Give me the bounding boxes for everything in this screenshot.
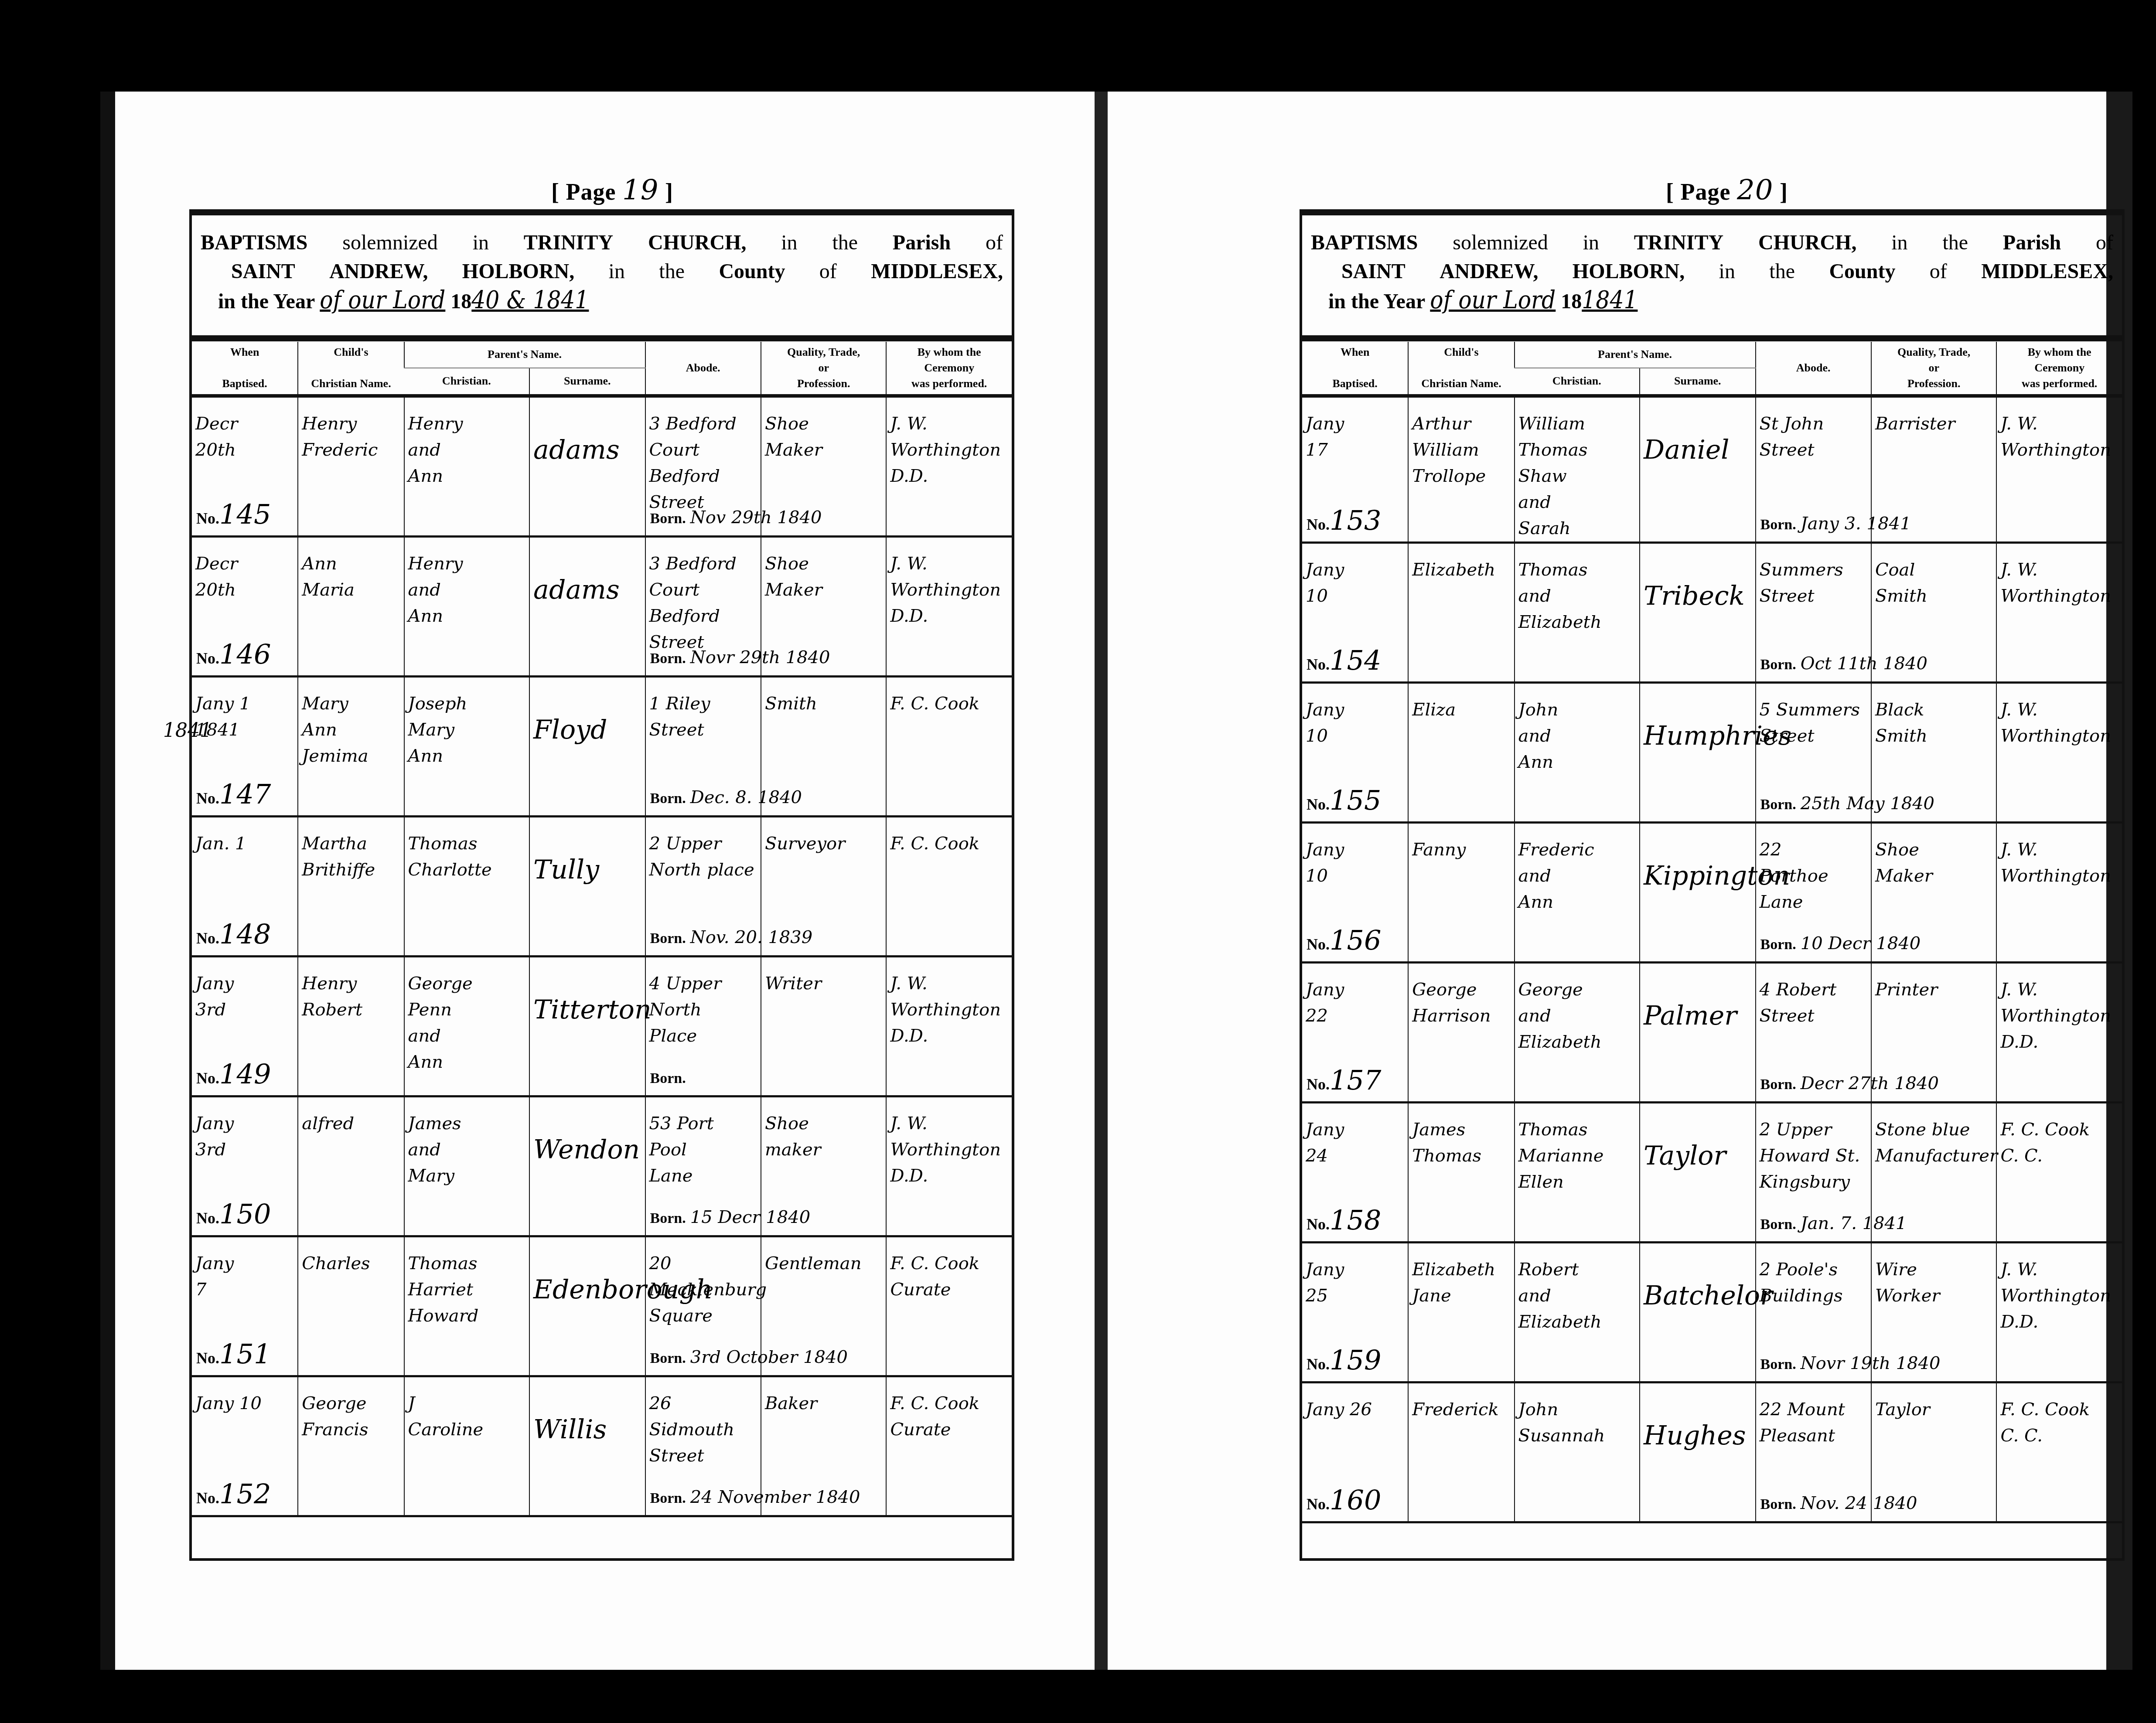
cell-when-baptised: Decr 20thNo.145 <box>192 396 298 537</box>
heading-word: the <box>659 257 685 286</box>
cell-by-whom: J. W. Worthington <box>1996 396 2122 543</box>
cell-abode-text: 1 Riley Street <box>646 678 761 743</box>
cell-quality: Black Smith <box>1871 683 1997 823</box>
cell-parent-surname-text: Humphries <box>1640 684 1755 749</box>
left-page: [ Page 19 ] 1841 BAPTISMSsolemnizedinTRI… <box>100 92 1109 1670</box>
year-print-prefix: 18 <box>1561 290 1582 313</box>
cell-child-name-text: Henry Robert <box>298 957 403 1023</box>
cell-quality: Shoe Maker <box>1871 823 1997 963</box>
entry-number: No.147 <box>196 778 271 810</box>
entry-number: No.150 <box>196 1198 271 1230</box>
cell-abode: 2 Upper North placeBorn.Nov. 20. 1839 <box>645 817 761 957</box>
cell-child-name: Ann Maria <box>298 537 404 677</box>
cell-parent-christian-text: James and Mary <box>405 1097 529 1189</box>
register-entry-row: Jany 22No.157George HarrisonGeorge and E… <box>1302 963 2122 1103</box>
cell-abode-text: 22 Porthoe Lane <box>1756 824 1871 915</box>
col-when-baptised: WhenBaptised. <box>192 342 298 396</box>
cell-child-name-text: George Francis <box>298 1377 403 1443</box>
column-headers: WhenBaptised. Child'sChristian Name. Par… <box>192 342 1012 396</box>
cell-abode-text: 2 Upper North place <box>646 817 761 883</box>
heading-word: HOLBORN, <box>1573 257 1685 286</box>
cell-child-name-text: Henry Frederic <box>298 398 403 463</box>
cell-quality-text: Baker <box>761 1377 886 1417</box>
cell-by-whom-text: F. C. Cook <box>887 817 1012 857</box>
cell-child-name: Henry Robert <box>298 957 404 1096</box>
cell-parent-christian-text: Thomas and Elizabeth <box>1515 544 1640 635</box>
heading-word: County <box>719 257 785 286</box>
entry-number: No.149 <box>196 1058 271 1090</box>
page-label: [ Page <box>551 179 616 205</box>
cell-by-whom: J. W. Worthington <box>1996 683 2122 823</box>
heading-word: solemnized <box>1453 228 1548 257</box>
cell-quality-text: Shoe Maker <box>761 398 886 463</box>
cell-parent-surname-text: Titterton <box>530 957 645 1023</box>
cell-by-whom: F. C. Cook <box>886 677 1012 817</box>
cell-when-baptised-text: Jany 10 <box>1302 544 1408 609</box>
cell-child-name-text: Charles <box>298 1237 403 1277</box>
cell-by-whom: J. W. Worthington D.D. <box>886 396 1012 537</box>
cell-abode: 3 Bedford Court Bedford StreetBorn.Nov 2… <box>645 396 761 537</box>
cell-quality-text: Shoe Maker <box>761 538 886 603</box>
entry-number: No.152 <box>196 1478 271 1510</box>
cell-abode-text: 53 Port Pool Lane <box>646 1097 761 1189</box>
cell-quality: Stone blue Manufacturer <box>1871 1103 1997 1243</box>
heading-line-3: in the Year of our Lord 181841 <box>1311 286 2113 316</box>
heading-word: CHURCH, <box>648 228 746 257</box>
cell-child-name: Henry Frederic <box>298 396 404 537</box>
cell-child-name-text: Arthur William Trollope <box>1409 398 1514 489</box>
entry-number: No.157 <box>1307 1064 1381 1096</box>
heading-line-3: in the Year of our Lord 1840 & 1841 <box>201 286 1003 316</box>
cell-abode-text: 4 Robert Street <box>1756 964 1871 1029</box>
cell-child-name-text: Frederick <box>1409 1383 1514 1423</box>
heading-word: ANDREW, <box>1440 257 1538 286</box>
cell-abode-text: 22 Mount Pleasant <box>1756 1383 1871 1449</box>
cell-quality: Smith <box>761 677 887 817</box>
col-quality: Quality, Trade,orProfession. <box>761 342 887 396</box>
cell-parent-christian-text: John and Ann <box>1515 684 1640 775</box>
cell-parent-christian: Thomas and Elizabeth <box>1515 543 1640 683</box>
register-heading: BAPTISMSsolemnizedinTRINITYCHURCH,intheP… <box>201 228 1003 316</box>
cell-child-name: Fanny <box>1408 823 1514 963</box>
cell-parent-surname: Humphries <box>1640 683 1755 823</box>
cell-quality-text: Gentleman <box>761 1237 886 1277</box>
cell-parent-christian-text: John Susannah <box>1515 1383 1640 1449</box>
cell-quality: Coal Smith <box>1871 543 1997 683</box>
cell-quality-text: Writer <box>761 957 886 997</box>
cell-child-name: Elizabeth Jane <box>1408 1243 1514 1382</box>
cell-when-baptised-text: Jany 7 <box>192 1237 297 1303</box>
cell-child-name-text: James Thomas <box>1409 1103 1514 1169</box>
cell-abode-text: 2 Poole's Buildings <box>1756 1243 1871 1309</box>
cell-parent-christian: Henry and Ann <box>404 396 530 537</box>
register-entry-row: Jan. 1No.148Martha BrithiffeThomas Charl… <box>192 817 1012 957</box>
register-entry-row: Jany 10No.155ElizaJohn and AnnHumphries5… <box>1302 683 2122 823</box>
cell-parent-surname: Hughes <box>1640 1382 1755 1522</box>
cell-quality-text: Coal Smith <box>1872 544 1996 609</box>
cell-abode-text: 2 Upper Howard St. Kingsbury <box>1756 1103 1871 1195</box>
birth-date: Born. <box>650 1067 690 1087</box>
heading-word: the <box>1769 257 1795 286</box>
heading-word: Parish <box>893 228 951 257</box>
cell-parent-surname-text: Daniel <box>1640 398 1755 463</box>
cell-parent-surname-text: Willis <box>530 1377 645 1443</box>
cell-by-whom: J. W. Worthington <box>1996 543 2122 683</box>
register-entry-row: Jany 24No.158James ThomasThomas Marianne… <box>1302 1103 2122 1243</box>
entry-number: No.146 <box>196 638 271 670</box>
heading-word: CHURCH, <box>1758 228 1856 257</box>
cell-parent-surname: Wendon <box>529 1096 645 1236</box>
cell-when-baptised-text: Jany 3rd <box>192 957 297 1023</box>
cell-abode-text: 3 Bedford Court Bedford Street <box>646 538 761 655</box>
cell-parent-surname: adams <box>529 396 645 537</box>
cell-parent-surname: adams <box>529 537 645 677</box>
cell-parent-surname-text: adams <box>530 398 645 463</box>
cell-by-whom: F. C. Cook C. C. <box>1996 1103 2122 1243</box>
cell-parent-surname-text: Tully <box>530 817 645 883</box>
cell-when-baptised: Jan. 1No.148 <box>192 817 298 957</box>
cell-parent-surname: Edenborough <box>529 1236 645 1376</box>
page-bracket: ] <box>1780 179 1788 205</box>
cell-parent-surname: Daniel <box>1640 396 1755 543</box>
cell-parent-surname-text: adams <box>530 538 645 603</box>
cell-when-baptised: Jany 10No.152 <box>192 1376 298 1516</box>
register-heading: BAPTISMSsolemnizedinTRINITYCHURCH,intheP… <box>1311 228 2113 316</box>
year-prefix: in the Year <box>1328 290 1425 313</box>
register-entry-row: Jany 1 1841No.147Mary Ann JemimaJoseph M… <box>192 677 1012 817</box>
register-book: [ Page 19 ] 1841 BAPTISMSsolemnizedinTRI… <box>100 92 2106 1670</box>
cell-abode-text: 20 Mecklenburg Square <box>646 1237 761 1329</box>
entry-number: No.153 <box>1307 504 1381 536</box>
heading-rule <box>1302 335 2122 341</box>
heading-line-1: BAPTISMSsolemnizedinTRINITYCHURCH,intheP… <box>1311 228 2113 257</box>
cell-by-whom-text: F. C. Cook <box>887 678 1012 717</box>
cell-abode: 4 Upper North PlaceBorn. <box>645 957 761 1096</box>
col-parent-christian: Christian. <box>404 368 530 396</box>
cell-quality: Taylor <box>1871 1382 1997 1522</box>
cell-by-whom: J. W. Worthington D.D. <box>886 957 1012 1096</box>
cell-child-name-text: Elizabeth Jane <box>1409 1243 1514 1309</box>
cell-by-whom-text: J. W. Worthington D.D. <box>887 538 1012 629</box>
cell-parent-surname-text: Floyd <box>530 678 645 743</box>
page-number-right: [ Page 20 ] <box>1666 174 1788 207</box>
heading-word: ANDREW, <box>329 257 428 286</box>
cell-child-name: Frederick <box>1408 1382 1514 1522</box>
register-table-left: WhenBaptised. Child'sChristian Name. Par… <box>192 342 1012 1517</box>
heading-word: MIDDLESEX, <box>871 257 1003 286</box>
heading-word: the <box>1942 228 1968 257</box>
cell-quality: Surveyor <box>761 817 887 957</box>
register-frame-right: BAPTISMSsolemnizedinTRINITYCHURCH,intheP… <box>1300 209 2125 1561</box>
col-parents-name: Parent's Name. <box>404 342 645 368</box>
cell-by-whom-text: J. W. Worthington D.D. <box>1997 1243 2122 1335</box>
cell-child-name: George Francis <box>298 1376 404 1516</box>
cell-by-whom-text: J. W. Worthington D.D. <box>887 1097 1012 1189</box>
cell-when-baptised: Jany 17No.153 <box>1302 396 1408 543</box>
cell-by-whom: J. W. Worthington <box>1996 823 2122 963</box>
register-entry-row: Jany 17No.153Arthur William TrollopeWill… <box>1302 396 2122 543</box>
col-child-name: Child'sChristian Name. <box>1408 342 1514 396</box>
cell-parent-christian: John and Ann <box>1515 683 1640 823</box>
heading-word: in <box>781 228 797 257</box>
cell-quality-text: Shoe Maker <box>1872 824 1996 889</box>
cell-when-baptised-text: Jany 10 <box>1302 684 1408 749</box>
book-gutter <box>1095 92 1108 1670</box>
entry-number: No.156 <box>1307 924 1381 956</box>
cell-quality: Printer <box>1871 963 1997 1103</box>
register-entry-row: Jany 3rdNo.149Henry RobertGeorge Penn an… <box>192 957 1012 1096</box>
cell-abode-text: 4 Upper North Place <box>646 957 761 1049</box>
cell-parent-surname-text: Batchelor <box>1640 1243 1755 1309</box>
cell-abode: 20 Mecklenburg SquareBorn.3rd October 18… <box>645 1236 761 1376</box>
cell-when-baptised-text: Jan. 1 <box>192 817 297 857</box>
cell-parent-surname-text: Wendon <box>530 1097 645 1163</box>
col-parents-name: Parent's Name. <box>1515 342 1756 368</box>
heading-word: of <box>819 257 837 286</box>
cell-when-baptised: Jany 10No.155 <box>1302 683 1408 823</box>
register-entry-row: Jany 10No.154ElizabethThomas and Elizabe… <box>1302 543 2122 683</box>
col-parent-christian: Christian. <box>1515 368 1640 396</box>
cell-abode: 3 Bedford Court Bedford StreetBorn.Novr … <box>645 537 761 677</box>
cell-parent-surname-text: Hughes <box>1640 1383 1755 1449</box>
cell-by-whom-text: J. W. Worthington <box>1997 398 2122 463</box>
cell-parent-christian-text: Robert and Elizabeth <box>1515 1243 1640 1335</box>
register-entry-row: Jany 25No.159Elizabeth JaneRobert and El… <box>1302 1243 2122 1382</box>
cell-when-baptised-text: Decr 20th <box>192 398 297 463</box>
heading-word: of <box>986 228 1003 257</box>
cell-when-baptised: Jany 7No.151 <box>192 1236 298 1376</box>
cell-quality: Shoe Maker <box>761 537 887 677</box>
cell-quality-text: Wire Worker <box>1872 1243 1996 1309</box>
entry-number: No.159 <box>1307 1344 1381 1376</box>
cell-parent-surname: Titterton <box>529 957 645 1096</box>
cell-abode: Summers StreetBorn.Oct 11th 1840 <box>1756 543 1871 683</box>
cell-when-baptised-text: Jany 22 <box>1302 964 1408 1029</box>
cell-parent-christian-text: William Thomas Shaw and Sarah <box>1515 398 1640 541</box>
heading-word: solemnized <box>342 228 438 257</box>
cell-by-whom: F. C. Cook C. C. <box>1996 1382 2122 1522</box>
cell-when-baptised: Jany 3rdNo.149 <box>192 957 298 1096</box>
page-bracket: ] <box>665 179 673 205</box>
cell-child-name-text: Elizabeth <box>1409 544 1514 583</box>
register-rows-right: Jany 17No.153Arthur William TrollopeWill… <box>1302 396 2122 1522</box>
cell-quality: Gentleman <box>761 1236 887 1376</box>
cell-by-whom: J. W. Worthington D.D. <box>1996 963 2122 1103</box>
cell-quality-text: Barrister <box>1872 398 1996 437</box>
cell-parent-christian: John Susannah <box>1515 1382 1640 1522</box>
entry-number: No.154 <box>1307 644 1381 676</box>
cell-quality-text: Surveyor <box>761 817 886 857</box>
cell-by-whom: J. W. Worthington D.D. <box>886 1096 1012 1236</box>
heading-word: MIDDLESEX, <box>1981 257 2113 286</box>
cell-child-name-text: Fanny <box>1409 824 1514 863</box>
register-rows-left: Decr 20thNo.145Henry FredericHenry and A… <box>192 396 1012 1516</box>
cell-abode: 5 Summers StreetBorn.25th May 1840 <box>1756 683 1871 823</box>
cell-abode-text: 5 Summers Street <box>1756 684 1871 749</box>
col-by-whom: By whom theCeremonywas performed. <box>886 342 1012 396</box>
cell-when-baptised-text: Jany 10 <box>1302 824 1408 889</box>
cell-quality: Barrister <box>1871 396 1997 543</box>
heading-word: in <box>1891 228 1907 257</box>
year-value: 1841 <box>1582 286 1637 314</box>
cell-parent-christian-text: Henry and Ann <box>405 398 529 489</box>
column-headers: WhenBaptised. Child'sChristian Name. Par… <box>1302 342 2122 396</box>
heading-word: in <box>473 228 489 257</box>
cell-child-name-text: George Harrison <box>1409 964 1514 1029</box>
cell-when-baptised: Decr 20thNo.146 <box>192 537 298 677</box>
year-print-prefix: 18 <box>450 290 471 313</box>
cell-by-whom: J. W. Worthington D.D. <box>1996 1243 2122 1382</box>
cell-abode: 22 Mount PleasantBorn.Nov. 24 1840 <box>1756 1382 1871 1522</box>
cell-parent-christian: Joseph Mary Ann <box>404 677 530 817</box>
cell-when-baptised: Jany 10No.154 <box>1302 543 1408 683</box>
cell-child-name-text: alfred <box>298 1097 403 1137</box>
cell-when-baptised-text: Jany 3rd <box>192 1097 297 1163</box>
cell-child-name: Mary Ann Jemima <box>298 677 404 817</box>
cell-parent-surname-text: Taylor <box>1640 1103 1755 1169</box>
register-entry-row: Jany 10No.156FannyFrederic and AnnKippin… <box>1302 823 2122 963</box>
cell-child-name: Arthur William Trollope <box>1408 396 1514 543</box>
cell-abode: 2 Upper Howard St. KingsburyBorn.Jan. 7.… <box>1756 1103 1871 1243</box>
cell-by-whom-text: F. C. Cook C. C. <box>1997 1103 2122 1169</box>
cell-by-whom-text: F. C. Cook C. C. <box>1997 1383 2122 1449</box>
cell-parent-christian-text: Thomas Marianne Ellen <box>1515 1103 1640 1195</box>
heading-word: SAINT <box>1341 257 1405 286</box>
cell-parent-christian: Thomas Charlotte <box>404 817 530 957</box>
cell-child-name: Martha Brithiffe <box>298 817 404 957</box>
heading-word: the <box>832 228 858 257</box>
cell-abode-text: 26 Sidmouth Street <box>646 1377 761 1469</box>
col-when-baptised: WhenBaptised. <box>1302 342 1408 396</box>
cell-when-baptised: Jany 26No.160 <box>1302 1382 1408 1522</box>
heading-word: TRINITY <box>1634 228 1723 257</box>
cell-when-baptised: Jany 25No.159 <box>1302 1243 1408 1382</box>
cell-parent-christian-text: Joseph Mary Ann <box>405 678 529 769</box>
heading-word: of <box>1930 257 1947 286</box>
cell-when-baptised-text: Jany 25 <box>1302 1243 1408 1309</box>
register-entry-row: Jany 26No.160FrederickJohn SusannahHughe… <box>1302 1382 2122 1522</box>
cell-when-baptised: Jany 10No.156 <box>1302 823 1408 963</box>
cell-parent-surname-text: Palmer <box>1640 964 1755 1029</box>
cell-quality-text: Black Smith <box>1872 684 1996 749</box>
heading-word: in <box>609 257 625 286</box>
cell-quality-text: Smith <box>761 678 886 717</box>
cell-parent-christian-text: J Caroline <box>405 1377 529 1443</box>
entry-number: No.151 <box>196 1338 271 1370</box>
cell-when-baptised-text: Decr 20th <box>192 538 297 603</box>
cell-abode-text: St John Street <box>1756 398 1871 463</box>
cell-parent-surname: Kippington <box>1640 823 1755 963</box>
cell-abode: 4 Robert StreetBorn.Decr 27th 1840 <box>1756 963 1871 1103</box>
cell-parent-christian-text: George Penn and Ann <box>405 957 529 1075</box>
cell-when-baptised: Jany 24No.158 <box>1302 1103 1408 1243</box>
cell-when-baptised-text: Jany 24 <box>1302 1103 1408 1169</box>
cell-by-whom: F. C. Cook Curate <box>886 1376 1012 1516</box>
cell-child-name-text: Mary Ann Jemima <box>298 678 403 769</box>
cell-when-baptised: Jany 22No.157 <box>1302 963 1408 1103</box>
cell-parent-christian-text: Thomas Charlotte <box>405 817 529 883</box>
heading-word: BAPTISMS <box>201 228 307 257</box>
cell-parent-surname-text: Kippington <box>1640 824 1755 889</box>
register-entry-row: Jany 3rdNo.150alfredJames and MaryWendon… <box>192 1096 1012 1236</box>
cell-abode: 26 Sidmouth StreetBorn.24 November 1840 <box>645 1376 761 1516</box>
heading-line-2: SAINTANDREW,HOLBORN,intheCountyofMIDDLES… <box>1311 257 2113 286</box>
cell-when-baptised-text: Jany 26 <box>1302 1383 1408 1423</box>
year-phrase: of our Lord <box>320 286 445 314</box>
heading-rule <box>192 335 1012 341</box>
cell-by-whom: J. W. Worthington D.D. <box>886 537 1012 677</box>
cell-parent-christian-text: Henry and Ann <box>405 538 529 629</box>
cell-when-baptised-text: Jany 10 <box>192 1377 297 1417</box>
heading-word: BAPTISMS <box>1311 228 1418 257</box>
cell-child-name: alfred <box>298 1096 404 1236</box>
cell-parent-christian: George and Elizabeth <box>1515 963 1640 1103</box>
cell-child-name-text: Eliza <box>1409 684 1514 723</box>
cell-abode-text: Summers Street <box>1756 544 1871 609</box>
entry-number: No.148 <box>196 918 271 950</box>
register-entry-row: Jany 7No.151CharlesThomas Harriet Howard… <box>192 1236 1012 1376</box>
cell-child-name: Elizabeth <box>1408 543 1514 683</box>
heading-word: of <box>2096 228 2113 257</box>
cell-child-name: Charles <box>298 1236 404 1376</box>
page-label: [ Page <box>1666 179 1730 205</box>
heading-line-1: BAPTISMSsolemnizedinTRINITYCHURCH,intheP… <box>201 228 1003 257</box>
cell-parent-surname-text: Tribeck <box>1640 544 1755 609</box>
cell-quality-text: Printer <box>1872 964 1996 1003</box>
cell-quality: Shoe maker <box>761 1096 887 1236</box>
cell-parent-christian: Henry and Ann <box>404 537 530 677</box>
cell-parent-christian: Thomas Marianne Ellen <box>1515 1103 1640 1243</box>
page-number-value: 19 <box>622 174 658 207</box>
cell-abode: 53 Port Pool LaneBorn.15 Decr 1840 <box>645 1096 761 1236</box>
cell-parent-christian: Frederic and Ann <box>1515 823 1640 963</box>
heading-word: HOLBORN, <box>462 257 574 286</box>
page-number-value: 20 <box>1737 174 1773 207</box>
cell-by-whom: F. C. Cook <box>886 817 1012 957</box>
col-abode: Abode. <box>645 342 761 396</box>
heading-word: Parish <box>2003 228 2061 257</box>
cell-when-baptised: Jany 1 1841No.147 <box>192 677 298 817</box>
cell-parent-christian: Robert and Elizabeth <box>1515 1243 1640 1382</box>
cell-abode: 2 Poole's BuildingsBorn.Novr 19th 1840 <box>1756 1243 1871 1382</box>
cell-parent-christian-text: George and Elizabeth <box>1515 964 1640 1055</box>
cell-parent-surname: Floyd <box>529 677 645 817</box>
year-value: 40 & 1841 <box>471 286 589 314</box>
cell-abode: St John StreetBorn.Jany 3. 1841 <box>1756 396 1871 543</box>
cell-child-name: George Harrison <box>1408 963 1514 1103</box>
cell-quality: Shoe Maker <box>761 396 887 537</box>
cell-parent-surname: Palmer <box>1640 963 1755 1103</box>
cell-child-name: James Thomas <box>1408 1103 1514 1243</box>
cell-by-whom-text: J. W. Worthington D.D. <box>1997 964 2122 1055</box>
entry-number: No.155 <box>1307 784 1381 816</box>
cell-parent-christian: George Penn and Ann <box>404 957 530 1096</box>
cell-quality: Writer <box>761 957 887 1096</box>
heading-word: SAINT <box>231 257 295 286</box>
register-entry-row: Decr 20thNo.145Henry FredericHenry and A… <box>192 396 1012 537</box>
cell-parent-surname: Tully <box>529 817 645 957</box>
cell-parent-christian-text: Frederic and Ann <box>1515 824 1640 915</box>
page-number-left: [ Page 19 ] <box>551 174 673 207</box>
cell-quality: Baker <box>761 1376 887 1516</box>
register-entry-row: Decr 20thNo.146Ann MariaHenry and Annada… <box>192 537 1012 677</box>
heading-word: in <box>1583 228 1599 257</box>
cell-abode: 22 Porthoe LaneBorn.10 Decr 1840 <box>1756 823 1871 963</box>
register-entry-row: Jany 10No.152George FrancisJ CarolineWil… <box>192 1376 1012 1516</box>
cell-by-whom: F. C. Cook Curate <box>886 1236 1012 1376</box>
heading-line-2: SAINTANDREW,HOLBORN,intheCountyofMIDDLES… <box>201 257 1003 286</box>
cell-child-name: Eliza <box>1408 683 1514 823</box>
